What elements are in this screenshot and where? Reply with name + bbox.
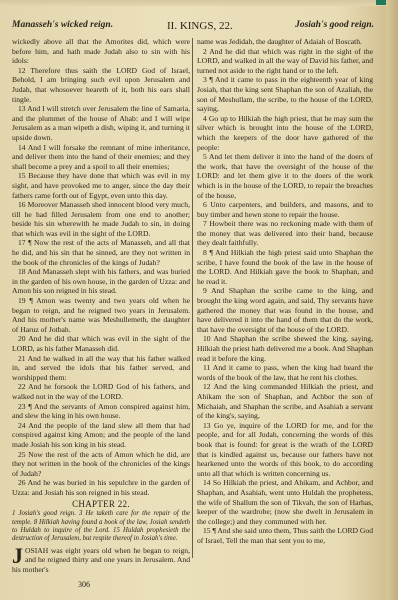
verse: 20 And he did that which was evil in the… xyxy=(12,334,190,353)
right-column: name was Jedidah, the daughter of Adaiah… xyxy=(197,37,373,545)
verse: 22 And he forsook the LORD God of his fa… xyxy=(12,382,190,401)
verse: 14 And I will forsake the remnant of min… xyxy=(12,143,190,172)
verse: 23 ¶ And the servants of Amon conspired … xyxy=(12,402,190,421)
column-divider xyxy=(192,38,193,558)
verse: 3 ¶ And it came to pass in the eighteent… xyxy=(197,75,373,113)
verse: 11 And it came to pass, when the king ha… xyxy=(197,363,373,382)
verse: 26 And he was buried in his sepulchre in… xyxy=(12,478,190,497)
opening-verse: JOSIAH was eight years old when he began… xyxy=(12,546,190,575)
running-header: Manasseh's wicked reign. II. KINGS, 22. … xyxy=(12,20,374,34)
header-left-title: Manasseh's wicked reign. xyxy=(12,20,113,30)
verse: 25 Now the rest of the acts of Amon whic… xyxy=(12,450,190,479)
page-top-edge xyxy=(0,0,398,6)
verse: 10 And Shaphan the scribe shewed the kin… xyxy=(197,334,373,363)
verse: 12 Therefore thus saith the LORD God of … xyxy=(12,66,190,104)
verse: 8 ¶ And Hilkiah the high priest said unt… xyxy=(197,248,373,286)
verse: 13 And I will stretch over Jerusalem the… xyxy=(12,104,190,142)
drop-cap: J xyxy=(12,547,23,565)
verse: 5 And let them deliver it into the hand … xyxy=(197,152,373,200)
verse: wickedly above all that the Amorites did… xyxy=(12,37,190,66)
chapter-summary: 1 Josiah's good reign. 3 He taketh care … xyxy=(12,510,190,544)
verse: 13 Go ye, inquire of the LORD for me, an… xyxy=(197,421,373,479)
verse: 7 Howbeit there was no reckoning made wi… xyxy=(197,219,373,248)
opening-verse-text: OSIAH was eight years old when he began … xyxy=(12,546,190,574)
chapter-heading: CHAPTER 22. xyxy=(12,500,190,510)
right-verses: name was Jedidah, the daughter of Adaiah… xyxy=(197,37,373,545)
verse: 17 ¶ Now the rest of the acts of Manasse… xyxy=(12,238,190,267)
verse: 9 And Shaphan the scribe came to the kin… xyxy=(197,286,373,334)
verse: 15 Because they have done that which was… xyxy=(12,171,190,200)
verse: 4 Go up to Hilkiah the high priest, that… xyxy=(197,114,373,152)
verse: name was Jedidah, the daughter of Adaiah… xyxy=(197,37,373,47)
verse: 15 ¶ And she said unto them, Thus saith … xyxy=(197,526,373,545)
left-verses: wickedly above all that the Amorites did… xyxy=(12,37,190,498)
page-number: 306 xyxy=(78,580,90,589)
verse: 21 And he walked in all the way that his… xyxy=(12,354,190,383)
verse: 24 And the people of the land slew all t… xyxy=(12,421,190,450)
header-right-title: Josiah's good reign. xyxy=(295,20,374,30)
page-gutter-edge xyxy=(386,0,398,600)
verse: 18 And Manasseh slept with his fathers, … xyxy=(12,267,190,296)
verse: 6 Unto carpenters, and builders, and mas… xyxy=(197,200,373,219)
verse: 16 Moreover Manasseh shed innocent blood… xyxy=(12,200,190,238)
verse: 19 ¶ Amon was twenty and two years old w… xyxy=(12,296,190,334)
left-column: wickedly above all that the Amorites did… xyxy=(12,37,190,575)
verse: 2 And he did that which was right in the… xyxy=(197,47,373,76)
verse: 14 So Hilkiah the priest, and Ahikam, an… xyxy=(197,478,373,526)
header-book-chapter: II. KINGS, 22. xyxy=(167,20,233,32)
verse: 12 And the king commanded Hilkiah the pr… xyxy=(197,382,373,420)
